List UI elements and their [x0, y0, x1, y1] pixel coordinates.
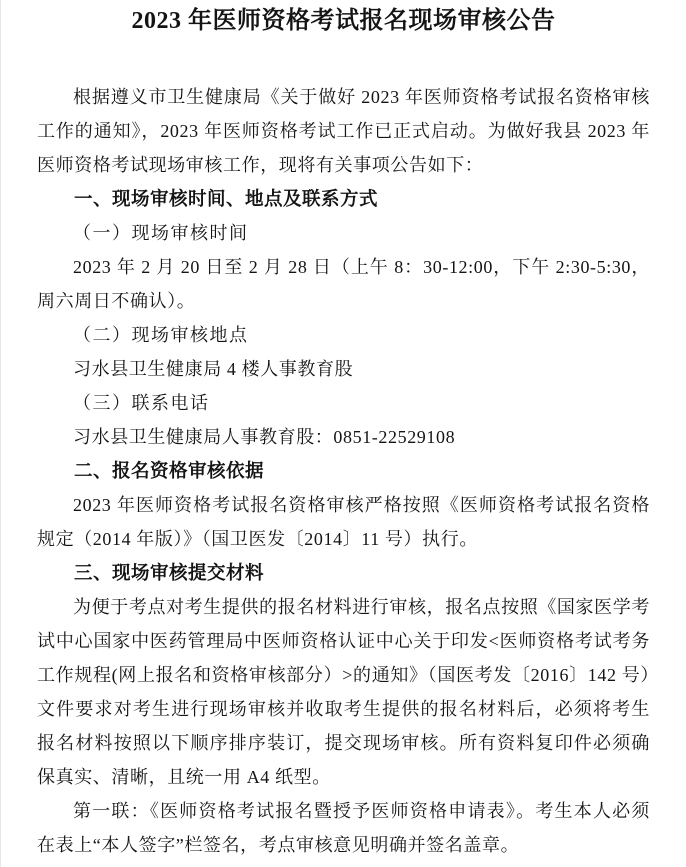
heading-section-3: 三、现场审核提交材料 — [37, 556, 650, 590]
paragraph-first-copy-application-form: 第一联：《医师资格考试报名暨授予医师资格申请表》。考生本人必须在表上“本人签字”… — [37, 794, 650, 862]
doc-title: 2023 年医师资格考试报名现场审核公告 — [37, 6, 650, 36]
subheading-review-time: （一）现场审核时间 — [37, 216, 650, 250]
heading-section-1: 一、现场审核时间、地点及联系方式 — [37, 182, 650, 216]
paragraph-intro: 根据遵义市卫生健康局《关于做好 2023 年医师资格考试报名资格审核工作的通知》… — [37, 80, 650, 182]
subheading-contact-phone: （三）联系电话 — [37, 386, 650, 420]
paragraph-review-time: 2023 年 2 月 20 日至 2 月 28 日（上午 8：30-12:00，… — [37, 250, 650, 318]
paragraph-contact-phone: 习水县卫生健康局人事教育股：0851-22529108 — [37, 420, 650, 454]
heading-section-2: 二、报名资格审核依据 — [37, 454, 650, 488]
paragraph-materials-requirements: 为便于考点对考生提供的报名材料进行审核，报名点按照《国家医学考试中心国家中医药管… — [37, 590, 650, 794]
document-page: 2023 年医师资格考试报名现场审核公告 根据遵义市卫生健康局《关于做好 202… — [0, 0, 686, 867]
paragraph-review-location: 习水县卫生健康局 4 楼人事教育股 — [37, 352, 650, 386]
paragraph-review-basis: 2023 年医师资格考试报名资格审核严格按照《医师资格考试报名资格规定（2014… — [37, 488, 650, 556]
subheading-review-location: （二）现场审核地点 — [37, 318, 650, 352]
